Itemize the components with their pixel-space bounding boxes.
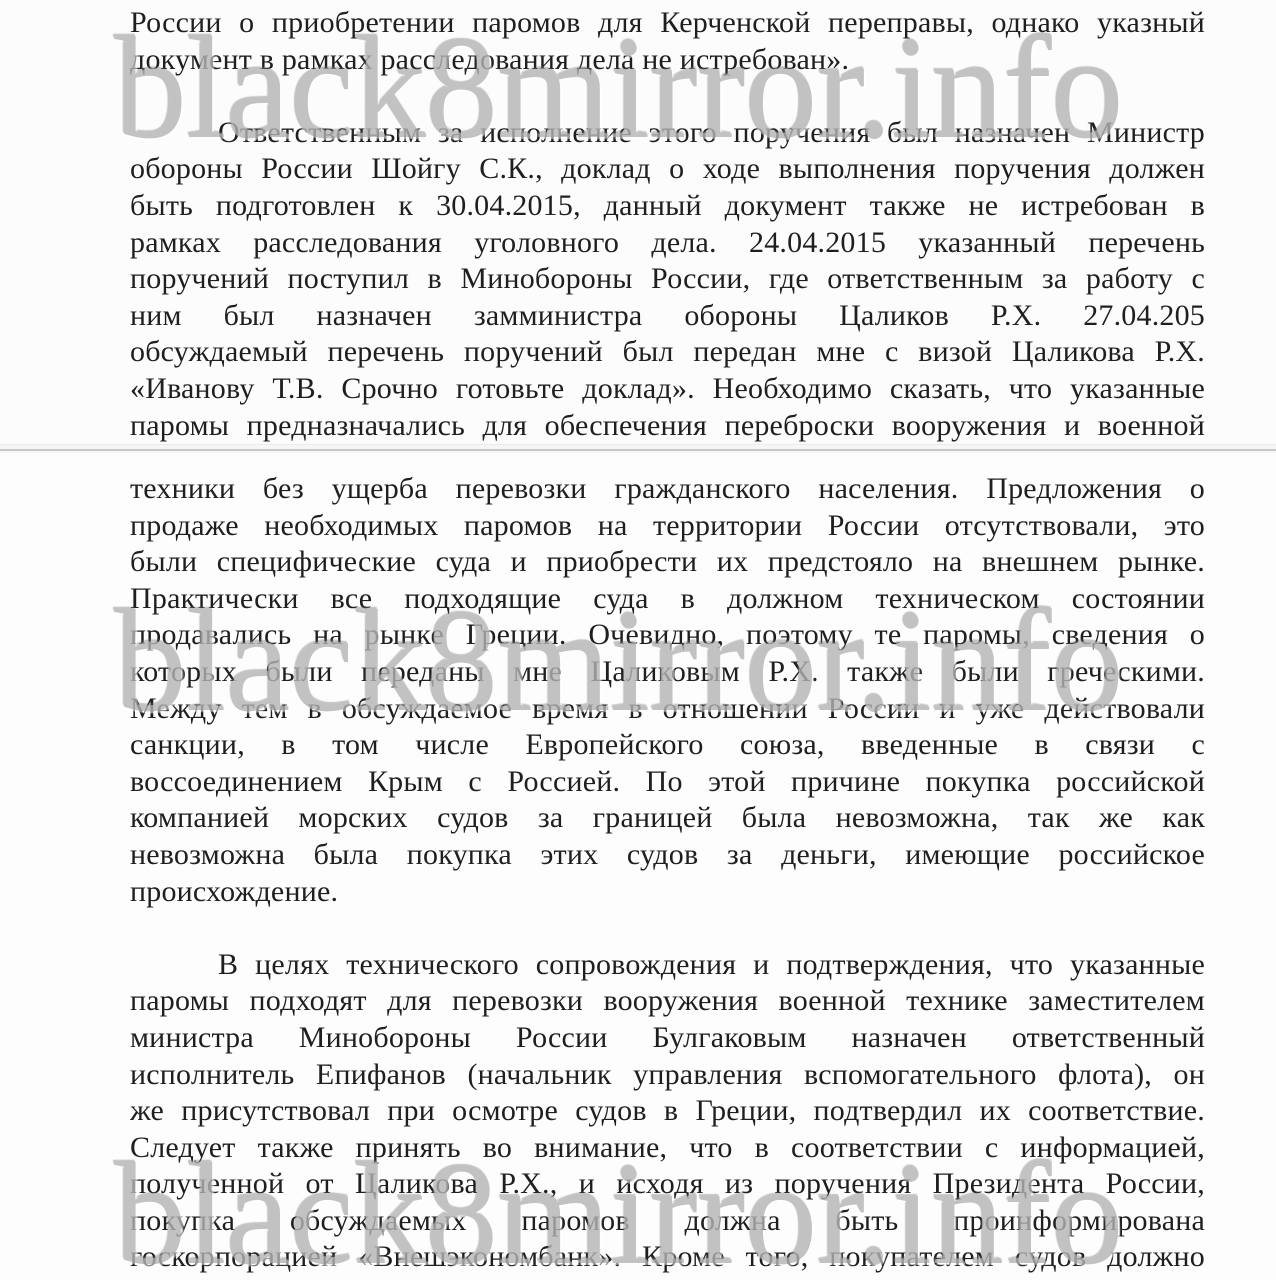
text-line: были специфические суда и приобрести их … bbox=[130, 544, 1205, 581]
text-line: паромы подходят для перевозки вооружения… bbox=[130, 983, 1205, 1020]
page-break-divider bbox=[0, 444, 1276, 453]
text-line: компанией морских судов за границей была… bbox=[130, 800, 1205, 837]
text-line: госкорпорацией «Внешэкономбанк». Кроме т… bbox=[130, 1239, 1205, 1276]
text-line: «Иванову Т.В. Срочно готовьте доклад». Н… bbox=[130, 371, 1205, 408]
text-line: документ в рамках расследования дела не … bbox=[130, 42, 1205, 79]
text-line: воссоединением Крым с Россией. По этой п… bbox=[130, 764, 1205, 801]
text-line: обсуждаемый перечень поручений был перед… bbox=[130, 334, 1205, 371]
text-line: ним был назначен замминистра обороны Цал… bbox=[130, 298, 1205, 335]
text-line: продаже необходимых паромов на территори… bbox=[130, 508, 1205, 545]
text-line: Следует также принять во внимание, что в… bbox=[130, 1130, 1205, 1167]
page-section-2: техники без ущерба перевозки гражданског… bbox=[0, 453, 1276, 1276]
text-line: Практически все подходящие суда в должно… bbox=[130, 581, 1205, 618]
paragraph: Ответственным за исполнение этого поруче… bbox=[130, 115, 1205, 444]
text-line: Между тем в обсуждаемое время в отношени… bbox=[130, 691, 1205, 728]
text-line: паромы предназначались для обеспечения п… bbox=[130, 408, 1205, 445]
text-line: поручений поступил в Минобороны России, … bbox=[130, 261, 1205, 298]
paragraph: техники без ущерба перевозки гражданског… bbox=[130, 471, 1205, 910]
text-line: же присутствовал при осмотре судов в Гре… bbox=[130, 1093, 1205, 1130]
document-page: России о приобретении паромов для Керчен… bbox=[0, 0, 1276, 1280]
text-line: покупка обсуждаемых паромов должна быть … bbox=[130, 1203, 1205, 1240]
page-section-1: России о приобретении паромов для Керчен… bbox=[0, 0, 1276, 444]
text-line: невозможна была покупка этих судов за де… bbox=[130, 837, 1205, 874]
text-line: обороны России Шойгу С.К., доклад о ходе… bbox=[130, 151, 1205, 188]
text-line: быть подготовлен к 30.04.2015, данный до… bbox=[130, 188, 1205, 225]
text-line: России о приобретении паромов для Керчен… bbox=[130, 5, 1205, 42]
text-line: министра Минобороны России Булгаковым на… bbox=[130, 1020, 1205, 1057]
text-line: происхождение. bbox=[130, 874, 1205, 911]
text-line: Ответственным за исполнение этого поруче… bbox=[130, 115, 1205, 152]
text-line: исполнитель Епифанов (начальник управлен… bbox=[130, 1057, 1205, 1094]
text-line: рамках расследования уголовного дела. 24… bbox=[130, 225, 1205, 262]
text-line: полученной от Цаликова Р.Х., и исходя из… bbox=[130, 1166, 1205, 1203]
paragraph: России о приобретении паромов для Керчен… bbox=[130, 5, 1205, 78]
text-line: техники без ущерба перевозки гражданског… bbox=[130, 471, 1205, 508]
text-line: которых были переданы мне Цаликовым Р.Х.… bbox=[130, 654, 1205, 691]
text-line: продавались на рынке Греции. Очевидно, п… bbox=[130, 617, 1205, 654]
paragraph: В целях технического сопровождения и под… bbox=[130, 947, 1205, 1276]
text-line: санкции, в том числе Европейского союза,… bbox=[130, 727, 1205, 764]
text-line: В целях технического сопровождения и под… bbox=[130, 947, 1205, 984]
